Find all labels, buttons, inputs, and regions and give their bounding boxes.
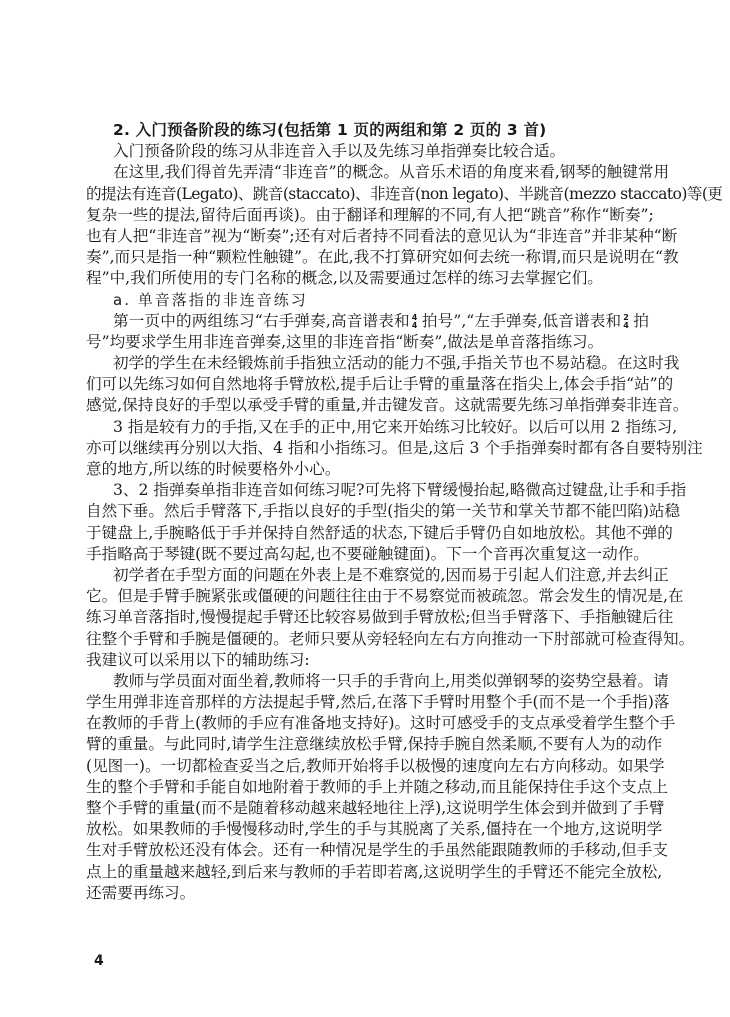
section-heading: 2. 入门预备阶段的练习(包括第 1 页的两组和第 2 页的 3 首) [86, 120, 649, 141]
paragraph-line: 还需要再练习。 [86, 883, 649, 904]
paragraph-line: 初学的学生在未经锻炼前手指独立活动的能力不强,手指关节也不易站稳。在这时我 [86, 353, 649, 374]
paragraph-line: 臂的重量。与此同时,请学生注意继续放松手臂,保持手腕自然柔顺,不要有人为的动作 [86, 734, 649, 755]
paragraph-line: 点上的重量越来越轻,到后来与教师的手若即若离,这说明学生的手臂还不能完全放松, [86, 862, 649, 883]
paragraph-line-time-signatures: 第一页中的两组练习“右手弹奏,高音谱表和44拍号”,“左手弹奏,低音谱表和24拍 [86, 311, 649, 332]
paragraph-line: 程”中,我们所使用的专门名称的概念,以及需要通过怎样的练习去掌握它们。 [86, 268, 649, 289]
paragraph-line: 生对手臂放松还没有体会。还有一种情况是学生的手虽然能跟随教师的手移动,但手支 [86, 840, 649, 861]
paragraph-line: 在这里,我们得首先弄清“非连音”的概念。从音乐术语的角度来看,钢琴的触键常用 [86, 162, 649, 183]
page-body: 2. 入门预备阶段的练习(包括第 1 页的两组和第 2 页的 3 首) 入门预备… [86, 120, 649, 904]
paragraph-line: 的提法有连音(Legato)、跳音(staccato)、非连音(non lega… [86, 184, 649, 205]
paragraph-line: 意的地方,所以练的时候要格外小心。 [86, 459, 649, 480]
paragraph-line: 教师与学员面对面坐着,教师将一只手的手背向上,用类似弹钢琴的姿势空悬着。请 [86, 671, 649, 692]
paragraph-line: 3、2 指弹奏单指非连音如何练习呢?可先将下臂缓慢抬起,略微高过键盘,让手和手指 [86, 480, 649, 501]
paragraph-line: (见图一)。一切都检查妥当之后,教师开始将手以极慢的速度向左右方向移动。如果学 [86, 756, 649, 777]
paragraph-line: 亦可以继续再分别以大指、4 指和小指练习。但是,这后 3 个手指弹奏时都有各自要… [86, 438, 649, 459]
paragraph-line: 也有人把“非连音”视为“断奏”;还有对后者持不同看法的意见认为“非连音”并非某种… [86, 226, 649, 247]
paragraph-line: 号”均要求学生用非连音弹奏,这里的非连音指“断奏”,做法是单音落指练习。 [86, 332, 649, 353]
subsection-heading: a. 单音落指的非连音练习 [86, 290, 649, 311]
text-segment: 第一页中的两组练习“右手弹奏,高音谱表和 [113, 312, 410, 330]
paragraph-line: 练习单音落指时,慢慢提起手臂还比较容易做到手臂放松;但当手臂落下、手指触键后往 [86, 607, 649, 628]
paragraph-line: 初学者在手型方面的问题在外表上是不难察觉的,因而易于引起人们注意,并去纠正 [86, 565, 649, 586]
paragraph-line: 奏”,而只是指一种“颗粒性触键”。在此,我不打算研究如何去统一称谓,而只是说明在… [86, 247, 649, 268]
paragraph-line: 复杂一些的提法,留待后面再谈)。由于翻译和理解的不同,有人把“跳音”称作“断奏”… [86, 205, 649, 226]
paragraph-line: 往整个手臂和手腕是僵硬的。老师只要从旁轻轻向左右方向推动一下肘部就可检查得知。 [86, 629, 649, 650]
paragraph-line: 我建议可以采用以下的辅助练习: [86, 650, 649, 671]
paragraph-line: 在教师的手背上(教师的手应有准备地支持好)。这时可感受手的支点承受着学生整个手 [86, 713, 649, 734]
paragraph-line: 们可以先练习如何自然地将手臂放松,提手后让手臂的重量落在指尖上,体会手指“站”的 [86, 374, 649, 395]
paragraph-line: 手指略高于琴键(既不要过高勾起,也不要碰触键面)。下一个音再次重复这一动作。 [86, 544, 649, 565]
paragraph-line: 于键盘上,手腕略低于手并保持自然舒适的状态,下键后手臂仍自如地放松。其他不弹的 [86, 523, 649, 544]
page-number: 4 [94, 953, 104, 969]
paragraph-line: 生的整个手臂和手能自如地附着于教师的手上并随之移动,而且能保持住手这个支点上 [86, 777, 649, 798]
time-signature-4-4: 44 [412, 314, 420, 330]
time-signature-2-4: 24 [623, 314, 631, 330]
paragraph-line: 学生用弹非连音那样的方法提起手臂,然后,在落下手臂时用整个手(而不是一个手指)落 [86, 692, 649, 713]
paragraph-line: 感觉,保持良好的手型以承受手臂的重量,并击键发音。这就需要先练习单指弹奏非连音。 [86, 395, 649, 416]
text-segment: 拍号”,“左手弹奏,低音谱表和 [422, 312, 622, 330]
paragraph-line: 它。但是手臂手腕紧张或僵硬的问题往往由于不易察觉而被疏忽。常会发生的情况是,在 [86, 586, 649, 607]
text-segment: 拍 [633, 312, 649, 330]
paragraph-line: 3 指是较有力的手指,又在手的正中,用它来开始练习比较好。以后可以用 2 指练习… [86, 417, 649, 438]
paragraph-line: 自然下垂。然后手臂落下,手指以良好的手型(指尖的第一关节和掌关节都不能凹陷)站稳 [86, 501, 649, 522]
paragraph-line: 整个手臂的重量(而不是随着移动越来越轻地往上浮),这说明学生体会到并做到了手臂 [86, 798, 649, 819]
paragraph-line: 放松。如果教师的手慢慢移动时,学生的手与其脱离了关系,僵持在一个地方,这说明学 [86, 819, 649, 840]
paragraph-line: 入门预备阶段的练习从非连音入手以及先练习单指弹奏比较合适。 [86, 141, 649, 162]
